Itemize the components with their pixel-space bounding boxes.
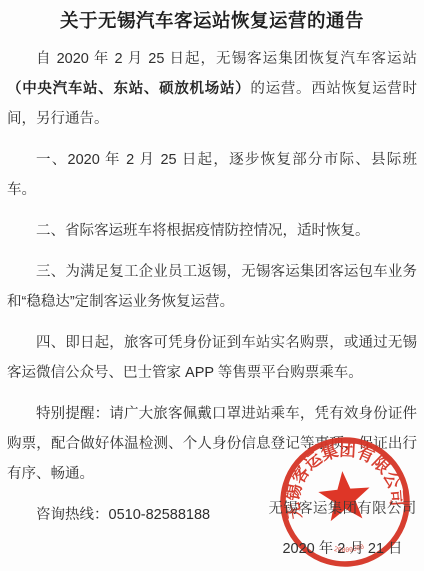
item-1: 一、2020 年 2 月 25 日起，逐步恢复部分市际、县际班车。 [7,145,417,205]
signature-block: 无锡客运集团有限公司 2020 年 2 月 21 日 [240,501,424,558]
intro-stations-bold: （中央汽车站、东站、硕放机场站） [7,81,250,97]
item-3: 三、为满足复工企业员工返锡，无锡客运集团客运包车业务和“稳稳达”定制客运业务恢复… [7,257,417,317]
company-name: 无锡客运集团有限公司 [240,501,424,518]
intro-text-pre: 自 2020 年 2 月 25 日起，无锡客运集团恢复汽车客运站 [36,51,417,67]
item-4: 四、即日起，旅客可凭身份证到车站实名购票，或通过无锡客运微信公众号、巴士管家 A… [7,328,417,388]
intro-paragraph: 自 2020 年 2 月 25 日起，无锡客运集团恢复汽车客运站（中央汽车站、东… [7,44,417,134]
notice-title: 关于无锡汽车客运站恢复运营的通告 [7,8,417,34]
item-2: 二、省际客运班车将根据疫情防控情况，适时恢复。 [7,216,417,246]
notice-page: 关于无锡汽车客运站恢复运营的通告 自 2020 年 2 月 25 日起，无锡客运… [0,0,424,571]
notice-date: 2020 年 2 月 21 日 [240,541,424,558]
